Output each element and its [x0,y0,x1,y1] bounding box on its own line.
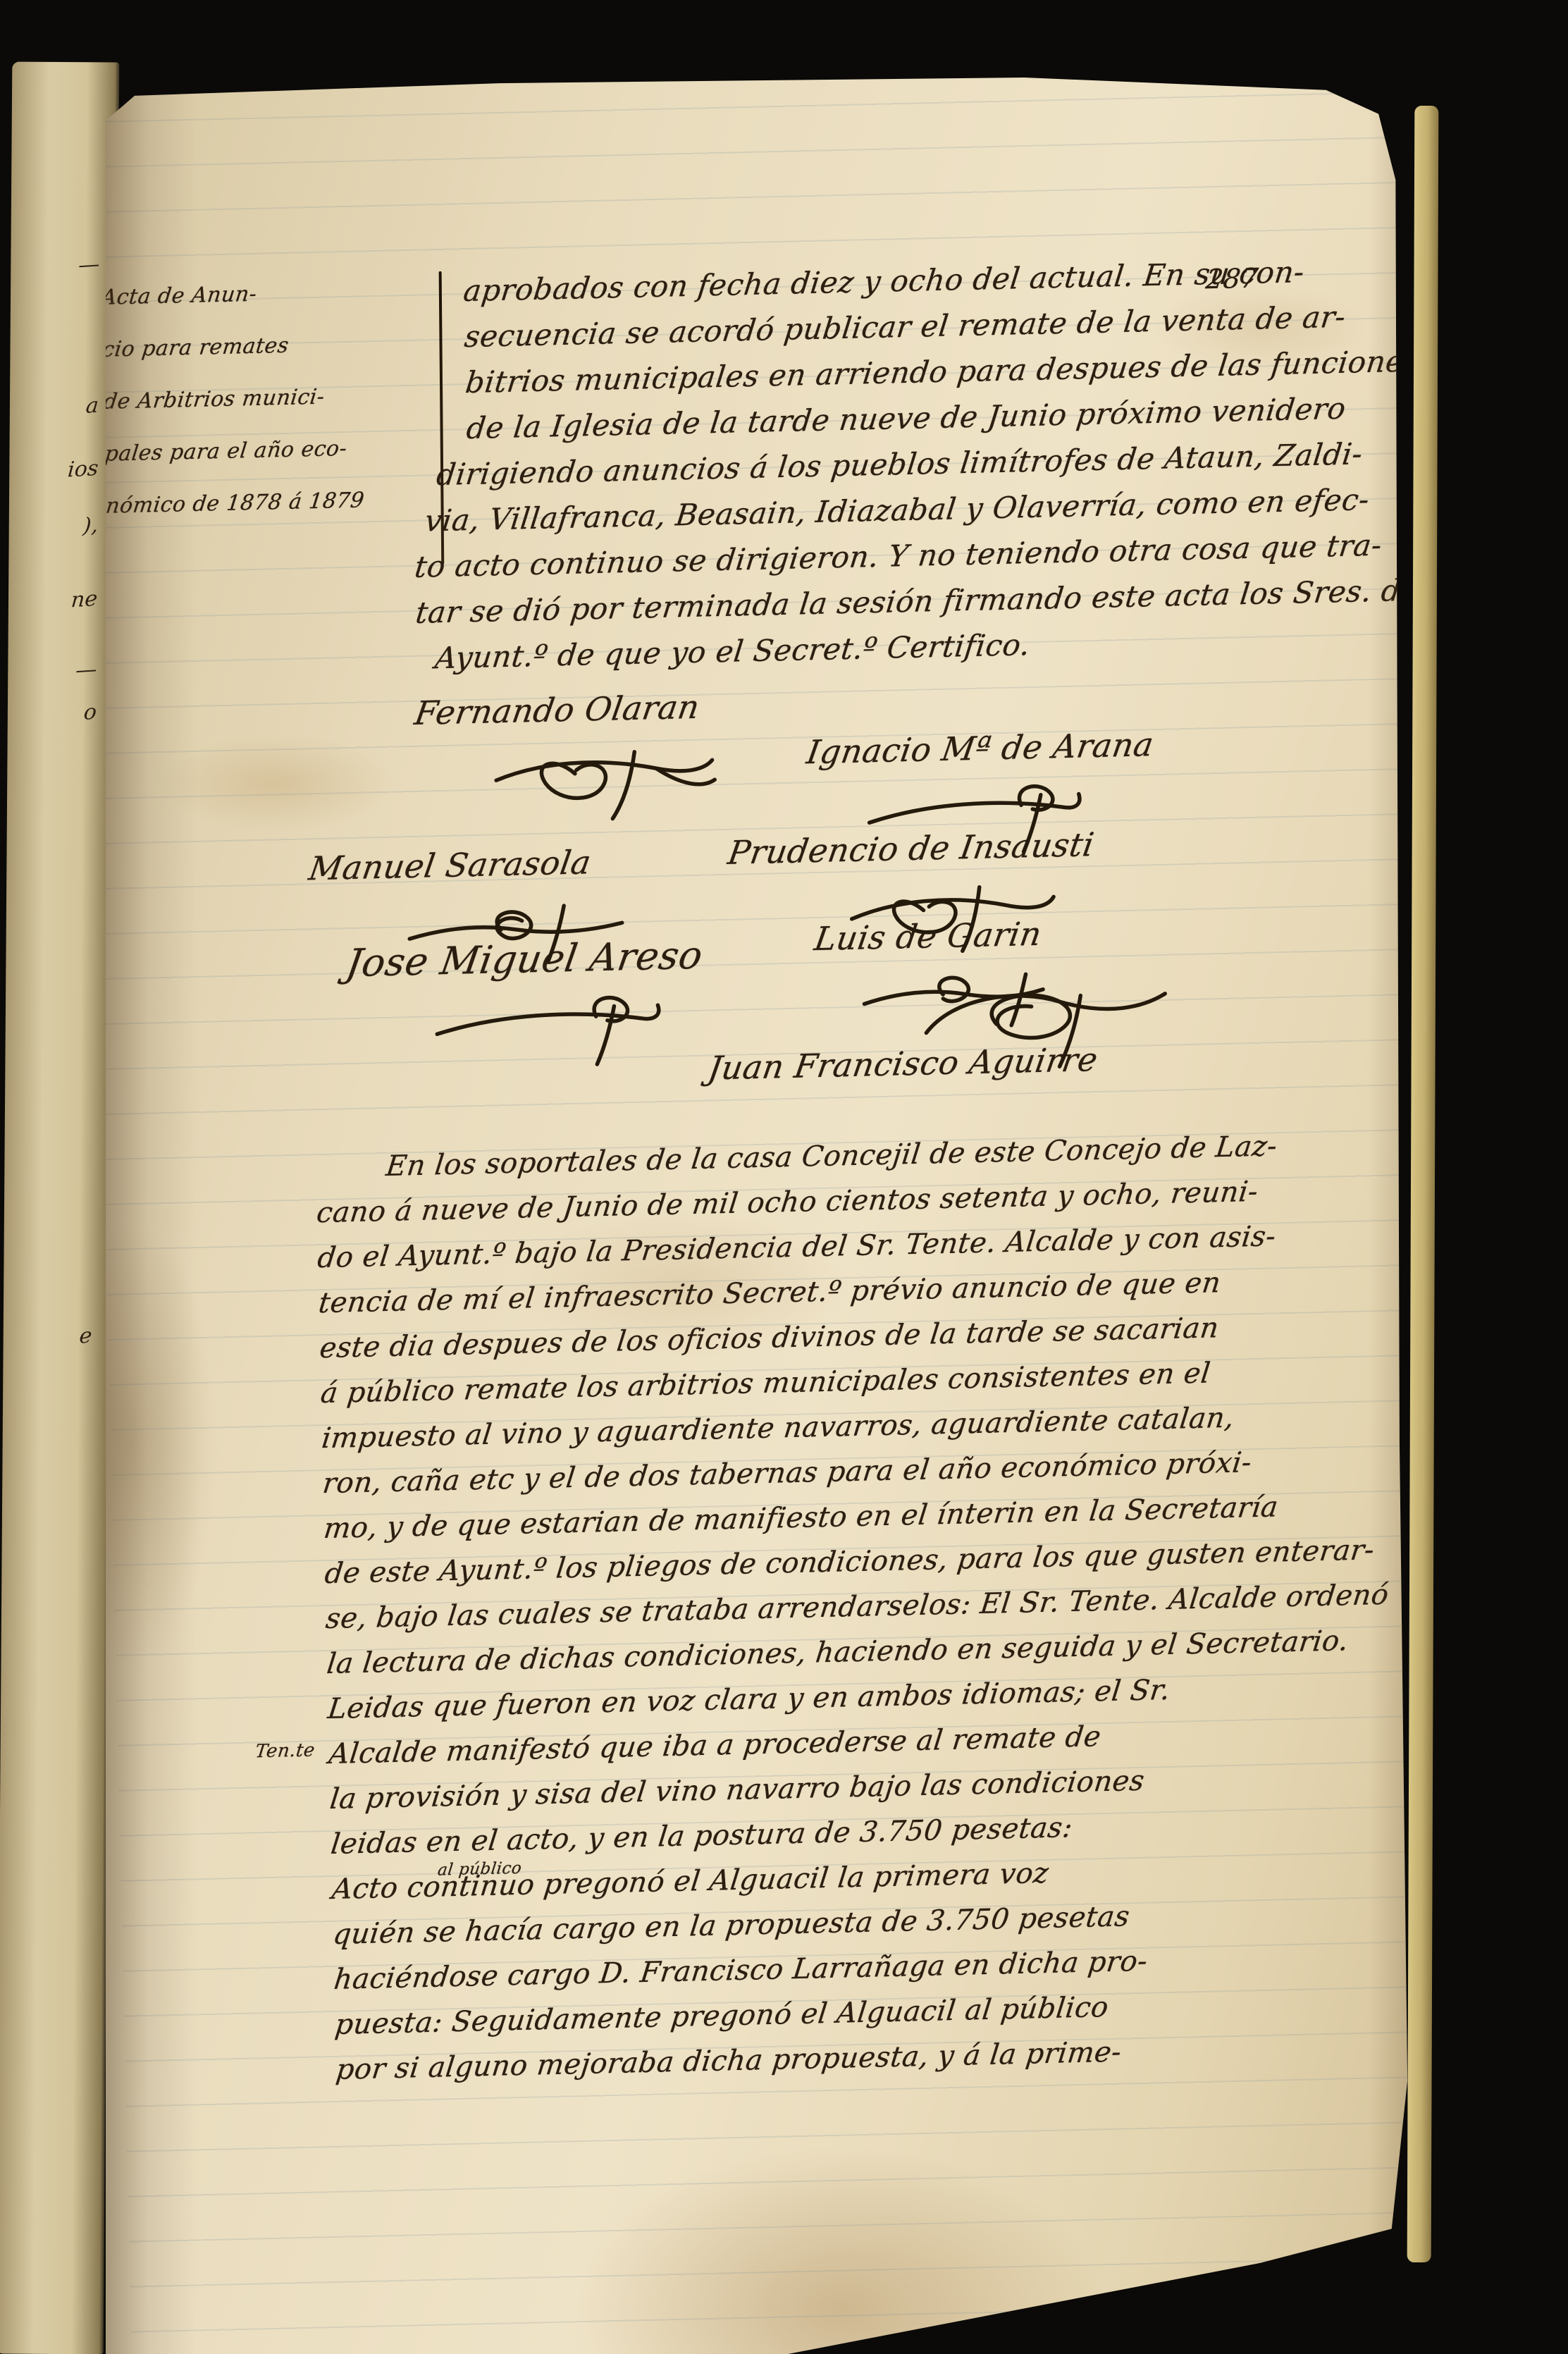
margin-note-line: cio para remates [99,316,444,376]
margin-note: Acta de Anun- cio para remates de Arbitr… [97,264,441,533]
manuscript-scan: { "document": { "page_number": "287", "m… [0,0,1568,2354]
adjacent-page-edge: — a ios )‚ ne — o e [0,62,119,2354]
signature-name: Manuel Sarasola [307,843,594,887]
margin-note-line: pales para el año eco- [101,421,446,481]
margin-catchword: Ten.te [253,1727,318,1774]
interline-insertion: al público [435,1846,524,1893]
text-fragment: a [85,393,100,419]
book-fore-edge [1407,106,1439,2262]
text-fragment: o [82,700,97,725]
signature-rubric [845,875,1058,958]
text-fragment: — [78,252,101,278]
manuscript-page: 287 Acta de Anun- cio para remates de Ar… [106,78,1418,2354]
signature-name: Ignacio Mª de Arana [804,725,1156,771]
paragraph-auction-act: En los soportales de la casa Concejil de… [312,1121,1396,2093]
page-content: 287 Acta de Anun- cio para remates de Ar… [80,48,1443,2353]
signature-name: Fernando Olaran [412,688,703,732]
paragraph-closing-act: aprobados con fecha diez y ocho del actu… [405,247,1423,682]
text-fragment: ios [67,456,99,483]
signature-rubric [864,775,1085,861]
text-fragment: e [79,1324,94,1349]
signature-rubric [911,978,1181,1076]
text-fragment: ne [70,586,98,612]
signature-rubric [402,890,629,973]
margin-note-line: de Arbitrios munici- [101,369,445,429]
text-fragment: — [75,657,98,683]
margin-note-line: Acta de Anun- [98,264,443,324]
signature-rubric [490,739,724,828]
signature-rubric [432,987,667,1073]
margin-note-line: nómico de 1878 á 1879 [103,473,447,533]
text-fragment: )‚ [82,513,99,538]
